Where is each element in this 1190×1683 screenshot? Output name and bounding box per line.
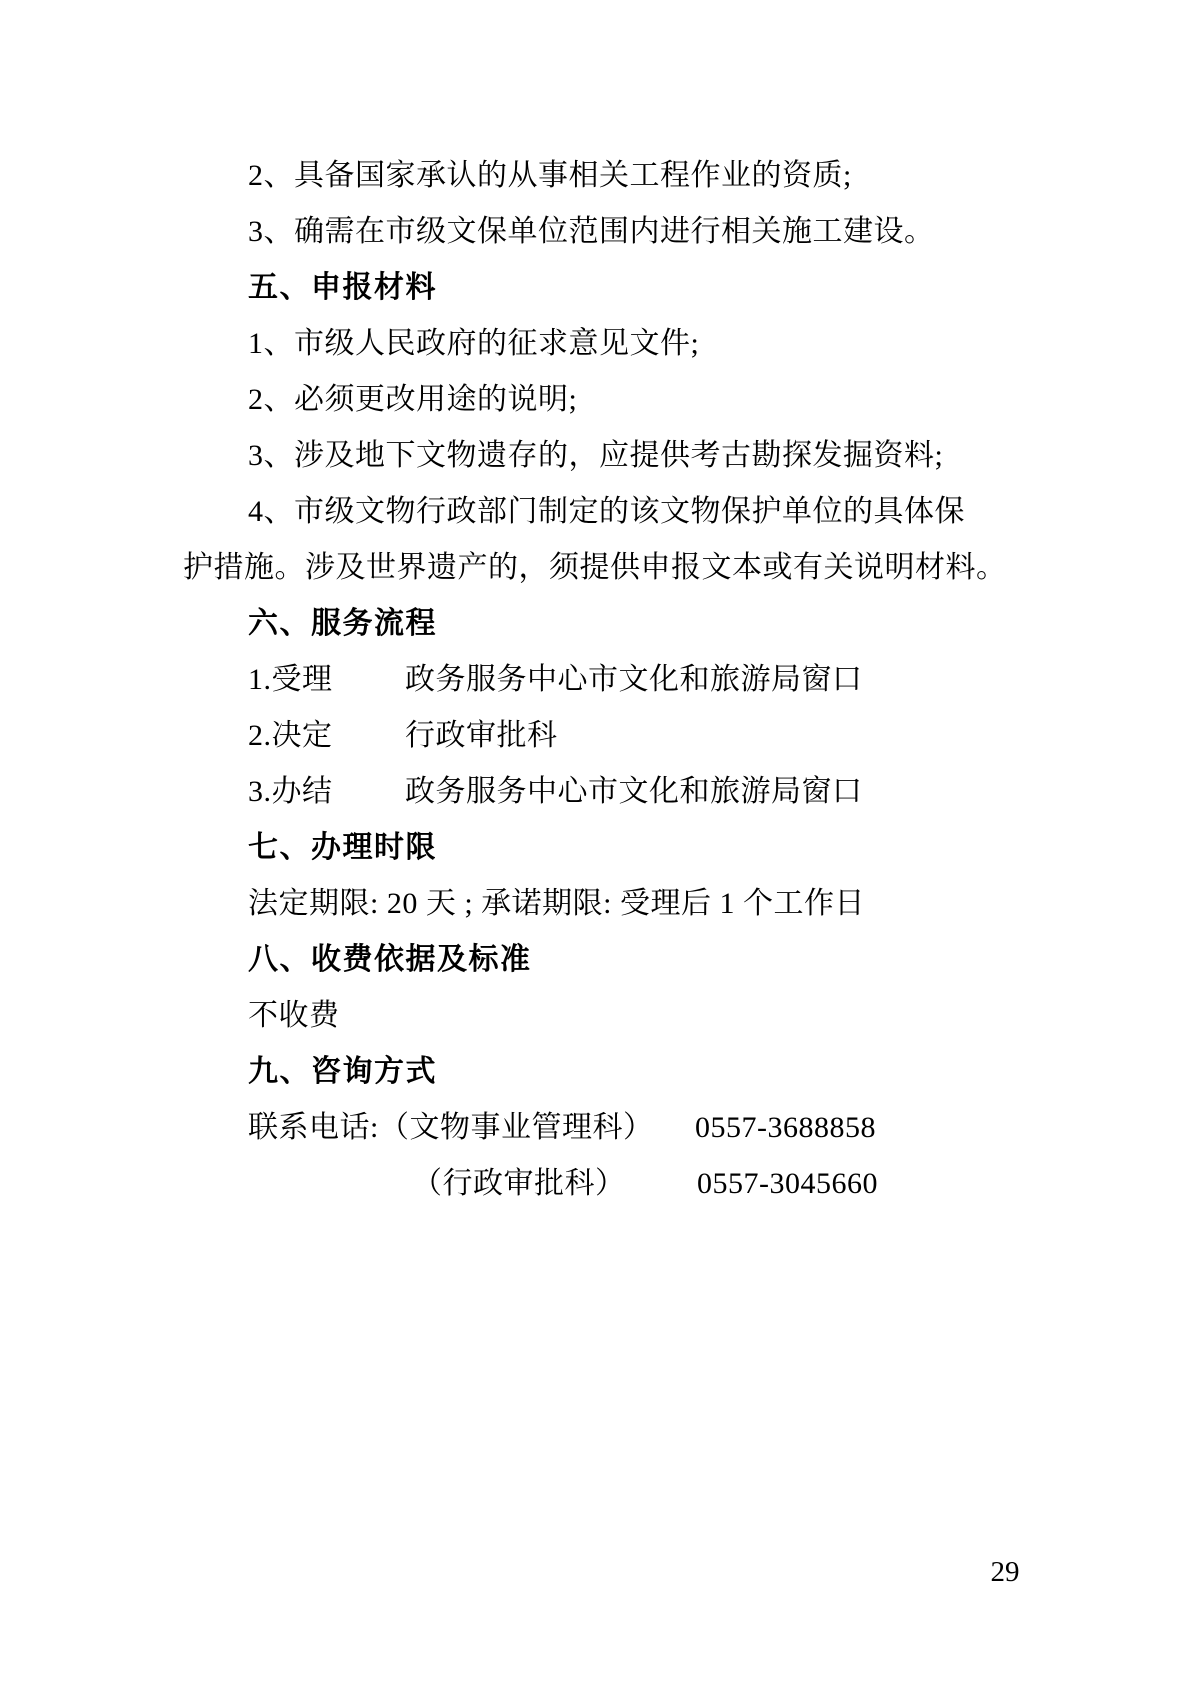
- section-heading-time-limit: 七、办理时限: [183, 820, 1013, 876]
- service-flow-step-decide: 2.决定行政审批科: [183, 708, 1013, 764]
- page-number: 29: [975, 1552, 1035, 1592]
- application-materials-item-3: 3、涉及地下文物遗存的，应提供考古勘探发掘资料;: [183, 428, 1013, 484]
- service-flow-step-complete: 3.办结政务服务中心市文化和旅游局窗口: [183, 764, 1013, 820]
- service-flow-step-decide-label: 2.决定: [248, 708, 405, 764]
- section-heading-service-flow: 六、服务流程: [183, 596, 1013, 652]
- application-materials-item-2: 2、必须更改用途的说明;: [183, 372, 1013, 428]
- prelude-item-3: 3、确需在市级文保单位范围内进行相关施工建设。: [183, 204, 1013, 260]
- service-flow-step-complete-label: 3.办结: [248, 764, 405, 820]
- document-page: 2、具备国家承认的从事相关工程作业的资质; 3、确需在市级文保单位范围内进行相关…: [0, 0, 1190, 1683]
- document-body: 2、具备国家承认的从事相关工程作业的资质; 3、确需在市级文保单位范围内进行相关…: [183, 148, 1013, 1212]
- consultation-phone-label: 联系电话:: [248, 1100, 379, 1156]
- consultation-phone-line-1: 联系电话:（文物事业管理科）0557-3688858: [183, 1100, 1013, 1156]
- service-flow-step-accept: 1.受理政务服务中心市文化和旅游局窗口: [183, 652, 1013, 708]
- service-flow-step-accept-value: 政务服务中心市文化和旅游局窗口: [405, 663, 863, 696]
- prelude-item-2: 2、具备国家承认的从事相关工程作业的资质;: [183, 148, 1013, 204]
- application-materials-item-4-line-2: 护措施。涉及世界遗产的，须提供申报文本或有关说明材料。: [183, 540, 1013, 596]
- consultation-dept-1: （文物事业管理科）: [379, 1100, 695, 1156]
- section-heading-consultation: 九、咨询方式: [183, 1044, 1013, 1100]
- consultation-dept-2: （行政审批科）: [412, 1156, 697, 1212]
- service-flow-step-decide-value: 行政审批科: [405, 719, 558, 752]
- time-limit-text: 法定期限: 20 天 ; 承诺期限: 受理后 1 个工作日: [183, 876, 1013, 932]
- section-heading-application-materials: 五、申报材料: [183, 260, 1013, 316]
- service-flow-step-accept-label: 1.受理: [248, 652, 405, 708]
- service-flow-step-complete-value: 政务服务中心市文化和旅游局窗口: [405, 775, 863, 808]
- application-materials-item-1: 1、市级人民政府的征求意见文件;: [183, 316, 1013, 372]
- application-materials-item-4-line-1: 4、市级文物行政部门制定的该文物保护单位的具体保: [183, 484, 1013, 540]
- consultation-number-2: 0557-3045660: [697, 1167, 878, 1200]
- consultation-phone-line-2: （行政审批科）0557-3045660: [183, 1156, 1013, 1212]
- consultation-number-1: 0557-3688858: [695, 1111, 876, 1144]
- section-heading-fees: 八、收费依据及标准: [183, 932, 1013, 988]
- fees-text: 不收费: [183, 988, 1013, 1044]
